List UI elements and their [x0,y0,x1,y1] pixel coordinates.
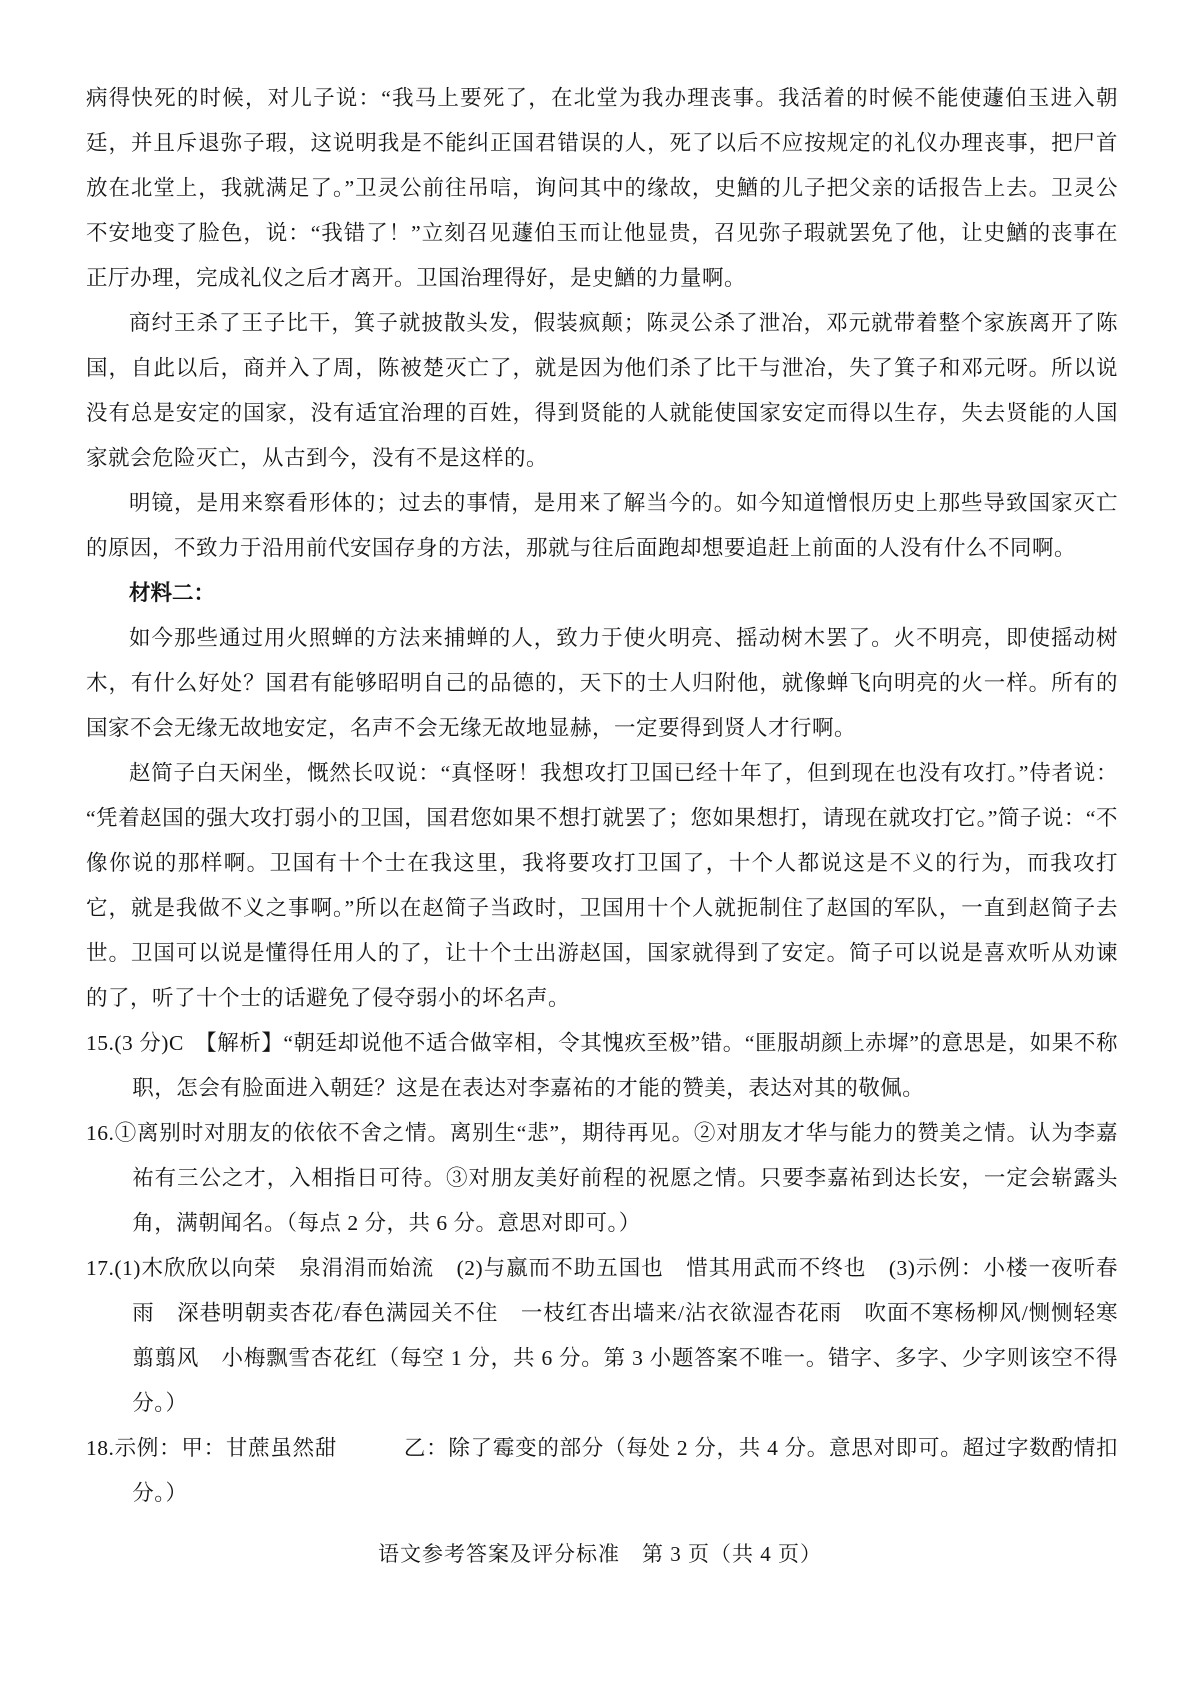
material-two-paragraph-1: 如今那些通过用火照蝉的方法来捕蝉的人，致力于使火明亮、摇动树木罢了。火不明亮，即… [86,616,1118,751]
answer-text-17: (1)木欣欣以向荣 泉涓涓而始流 (2)与嬴而不助五国也 惜其用武而不终也 (3… [114,1256,1118,1415]
answer-item-17: 17.(1)木欣欣以向荣 泉涓涓而始流 (2)与嬴而不助五国也 惜其用武而不终也… [86,1246,1118,1426]
page-footer: 语文参考答案及评分标准 第 3 页（共 4 页） [0,1532,1200,1577]
material-two-paragraph-2: 赵简子白天闲坐，慨然长叹说：“真怪呀！我想攻打卫国已经十年了，但到现在也没有攻打… [86,751,1118,1021]
exam-answer-key-page: 病得快死的时候，对儿子说：“我马上要死了，在北堂为我办理丧事。我活着的时候不能使… [0,0,1200,1687]
answer-number-16: 16. [86,1121,114,1145]
material-two-heading: 材料二： [86,571,1118,616]
answer-text-16: ①离别时对朋友的依依不舍之情。离别生“悲”，期待再见。②对朋友才华与能力的赞美之… [114,1121,1118,1235]
answer-number-18: 18. [86,1436,114,1460]
material-one-paragraph-1: 病得快死的时候，对儿子说：“我马上要死了，在北堂为我办理丧事。我活着的时候不能使… [86,76,1118,301]
answer-number-15: 15. [86,1031,114,1055]
answer-item-16: 16.①离别时对朋友的依依不舍之情。离别生“悲”，期待再见。②对朋友才华与能力的… [86,1111,1118,1246]
answer-number-17: 17. [86,1256,114,1280]
answer-item-18: 18.示例：甲：甘蔗虽然甜 乙：除了霉变的部分（每处 2 分，共 4 分。意思对… [86,1426,1118,1516]
answer-text-18: 示例：甲：甘蔗虽然甜 乙：除了霉变的部分（每处 2 分，共 4 分。意思对即可。… [114,1436,1118,1505]
answer-item-15: 15.(3 分)C 【解析】“朝廷却说他不适合做宰相，令其愧疚至极”错。“匪服胡… [86,1021,1118,1111]
material-one-paragraph-3: 明镜，是用来察看形体的；过去的事情，是用来了解当今的。如今知道憎恨历史上那些导致… [86,481,1118,571]
answer-text-15: (3 分)C 【解析】“朝廷却说他不适合做宰相，令其愧疚至极”错。“匪服胡颜上赤… [114,1031,1118,1100]
material-one-paragraph-2: 商纣王杀了王子比干，箕子就披散头发，假装疯颠；陈灵公杀了泄冶，邓元就带着整个家族… [86,301,1118,481]
